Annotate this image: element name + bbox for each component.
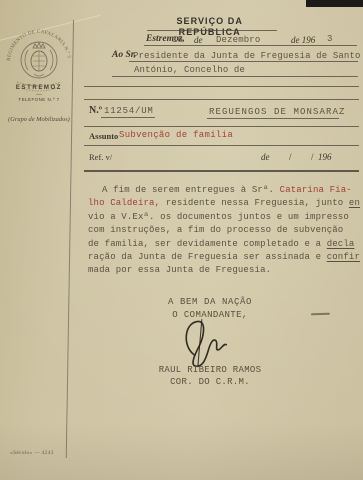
subject-value: Subvenção de familia (119, 130, 233, 140)
signer-title: COR. DO C.R.M. (120, 377, 300, 387)
blank-line-2 (84, 99, 359, 100)
document-page: REGIMENTO DE CAVALARIA N.º 5 ESTREMOZ — … (0, 0, 363, 480)
date-month-value: Dezembro (216, 35, 260, 45)
blank-line-1 (84, 86, 359, 87)
letterhead-phone: TELEFONE N.º 7 (0, 98, 78, 103)
date-de2-label: de 196 (291, 35, 315, 45)
scan-corner-artifact (306, 0, 363, 7)
body-line: de familia, ser devidamente completado e… (88, 239, 358, 252)
signature (168, 316, 241, 371)
body-paragraph: A fim de serem entregues à Srª. Catarina… (88, 185, 358, 279)
body-line: com instruções, a fim do processo de sub… (88, 225, 358, 238)
pen-dash-mark (311, 313, 330, 316)
destination-underline (207, 118, 339, 119)
printer-mark: «Século» — 4243 (10, 449, 94, 455)
body-line: lho Caldeira, residente nessa Freguesia,… (88, 198, 358, 211)
date-year-digit: 3 (327, 34, 333, 44)
letterhead-town: ESTREMOZ (0, 85, 78, 91)
letterhead-note: (Grupo de Mobilizados) (0, 115, 78, 123)
date-de1-label: de (194, 35, 203, 45)
body-line: vio a V.Exª. os documentos juntos e um i… (88, 212, 358, 225)
addressee-underline-2 (112, 76, 358, 77)
body-line: A fim de serem entregues à Srª. Catarina… (88, 185, 358, 198)
ref-de-label: de (261, 152, 270, 162)
date-day-value: 18 (172, 35, 183, 45)
ref-label: Ref. v/ (89, 152, 112, 162)
title-underline (147, 30, 277, 31)
addressee-underline-1 (129, 61, 358, 62)
subject-label: Assunto (89, 131, 118, 141)
box-rule-2 (84, 145, 359, 146)
number-value: 11254/UM (104, 106, 154, 116)
signer-name: RAUL RIBEIRO RAMOS (120, 365, 300, 375)
addressee-line2: António, Concelho de (134, 65, 245, 75)
box-rule-1 (84, 126, 359, 127)
number-underline (101, 117, 155, 118)
body-line: mada por essa Junta de Freguesia. (88, 265, 358, 278)
addressee-line1: Presidente da Junta de Freguesia de Sant… (133, 51, 361, 61)
ref-slash-2: / (311, 152, 314, 162)
destination-value: REGUENGOS DE MONSARAZ (209, 107, 346, 117)
body-line: ração da Junta de Freguesia ser assinada… (88, 252, 358, 265)
number-label: N.º (89, 105, 102, 116)
date-underline (144, 45, 357, 46)
ref-year-label: 196 (318, 152, 332, 162)
closing-motto: A BEM DA NAÇÃO (120, 297, 300, 307)
ref-slash-1: / (289, 152, 292, 162)
box-rule-bottom (84, 170, 359, 172)
